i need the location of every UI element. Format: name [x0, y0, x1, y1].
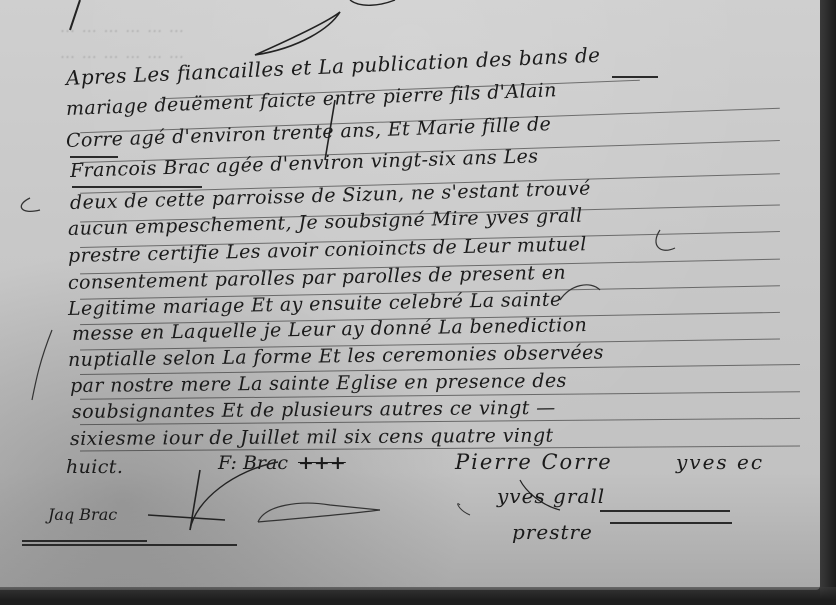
signature-prestre: prestre — [512, 520, 593, 544]
signature-paraph-icon — [0, 0, 836, 605]
signature-rule-prestre — [610, 522, 732, 524]
signature-rule-grall — [600, 510, 730, 512]
page-bottom-edge — [0, 587, 836, 605]
signature-yves-grall: yves grall — [497, 484, 605, 508]
document-page: … … … … … … … … … … … … Apres Les fianca… — [0, 0, 820, 590]
page-right-edge — [820, 0, 836, 605]
